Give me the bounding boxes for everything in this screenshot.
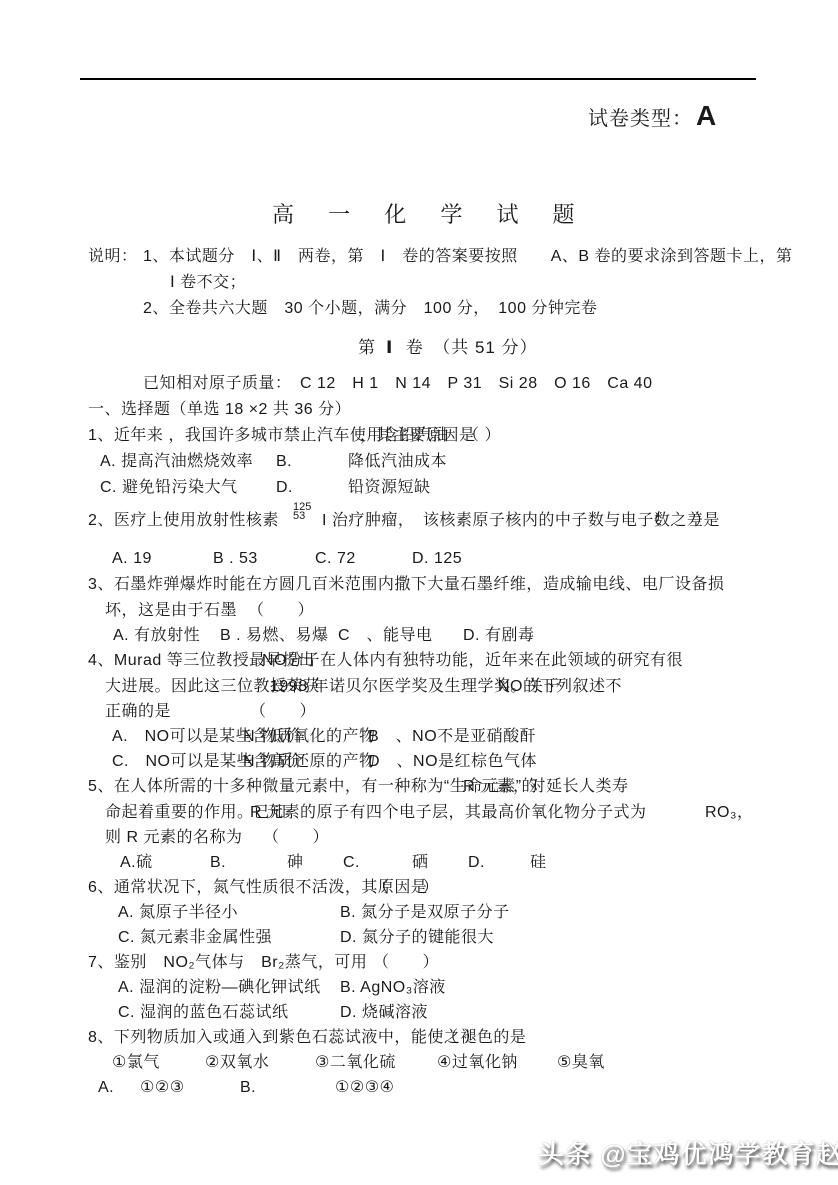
- q1-stem-seg1: ，其主要原因是: [360, 426, 476, 446]
- q6-stem-seg1: （ ）: [373, 878, 439, 898]
- q5-stem-line3-seg0: 则 R 元素的名称为: [105, 828, 242, 848]
- q2-options-row1-seg1: B . 53: [213, 549, 258, 569]
- q5-options-row1-seg0: A.硫: [120, 853, 153, 873]
- q7-stem-seg1: （ ）: [373, 953, 439, 973]
- instructions-label: 说明：: [88, 247, 138, 267]
- q1-options-row1-seg1: B.: [276, 452, 292, 472]
- section-1-heading-seg0: 第: [358, 337, 382, 358]
- q8-items-seg1: ②双氧水: [205, 1053, 269, 1073]
- q1-options-row2-seg1: D.: [276, 478, 293, 498]
- q5-stem-line1-seg1: R 元素，对延长人类寿: [463, 777, 629, 797]
- q4-stem-line2-seg2: NO的下列叙述不: [498, 677, 622, 697]
- q3-options-row1-seg0: A. 有放射性: [113, 626, 200, 646]
- section-1-heading-seg2: 卷 （共 51 分）: [400, 337, 538, 358]
- q5-options-row1-seg5: D.: [468, 853, 485, 873]
- q3-options-row1-seg1: B . 易燃、易爆: [220, 626, 329, 646]
- q2-stem-seg0: 2、医疗上使用放射性核素: [88, 511, 279, 531]
- q5-options-row1-seg3: C.: [343, 853, 360, 873]
- q6-options-row1-seg0: A. 氮原子半径小: [118, 903, 238, 923]
- q6-options-row1-seg1: B. 氮分子是双原子分子: [340, 903, 510, 923]
- q3-options-row1-seg2: C 、能导电: [338, 626, 433, 646]
- q5-options-row1-seg6: 硅: [530, 853, 547, 873]
- paper-type-seg1: A: [696, 98, 717, 133]
- q8-items-seg0: ①氯气: [112, 1053, 160, 1073]
- q2-stem-seg3: （ ）: [645, 511, 711, 531]
- q4-stem-line3-seg1: （ ）: [250, 702, 316, 722]
- exam-title: 高 一 化 学 试 题: [272, 201, 589, 229]
- q7-options-row1-seg0: A. 湿润的淀粉—碘化钾试纸: [118, 978, 321, 998]
- q1-options-row1-seg0: A. 提高汽油燃烧效率: [100, 452, 253, 472]
- q4-options-row1-seg2: B 、NO不是亚硝酸酐: [368, 727, 536, 747]
- q1-options-row2-seg0: C. 避免铅污染大气: [100, 478, 237, 498]
- q8-items-seg3: ④过氧化钠: [437, 1053, 518, 1073]
- q4-options-row2-seg2: D 、NO是红棕色气体: [368, 752, 537, 772]
- q5-options-row1-seg4: 硒: [412, 853, 429, 873]
- q4-options-row1-seg1: N 物质氧化的产物: [243, 727, 376, 747]
- q3-stem-line2-seg1: （ ）: [248, 601, 314, 621]
- q5-stem-line3-seg1: （ ）: [263, 828, 329, 848]
- q7-stem-seg0: 7、鉴别 NO₂气体与 Br₂蒸气，可用: [88, 953, 367, 973]
- q2-options-row1-seg2: C. 72: [315, 549, 356, 569]
- part-1-title: 一、选择题（单选 18 ×2 共 36 分）: [88, 400, 351, 420]
- q3-stem-line1: 3、石墨炸弹爆炸时能在方圆几百米范围内撒下大量石墨纤维，造成输电线、电厂设备损: [88, 575, 724, 595]
- q2-stem-seg1: 12553: [293, 503, 311, 521]
- q8-items-seg4: ⑤臭氧: [557, 1053, 605, 1073]
- q2-options-row1-seg3: D. 125: [412, 549, 462, 569]
- q5-stem-line2-seg1: R 元素的原子有四个电子层，其最高价氧化物分子式为: [250, 803, 647, 823]
- q3-stem-line2-seg0: 坏，这是由于石墨: [105, 601, 237, 621]
- q2-options-row1-seg0: A. 19: [112, 549, 152, 569]
- q8-options-row1-seg0: A.: [98, 1078, 114, 1098]
- exam-page: 试卷类型：A高 一 化 学 试 题说明：1、本试题分 Ⅰ、Ⅱ 两卷，第 Ⅰ 卷的…: [0, 0, 838, 1185]
- q2-stem-frac-denominator: 53: [293, 512, 305, 521]
- q8-stem-seg1: （ ）: [442, 1028, 480, 1048]
- q4-stem-line3-seg0: 正确的是: [105, 702, 171, 722]
- q5-stem-line2-seg2: RO₃，: [705, 803, 754, 823]
- top-rule: [80, 78, 756, 80]
- q6-options-row2-seg1: D. 氮分子的键能很大: [340, 928, 494, 948]
- q8-options-row1-seg3: ①②③④: [335, 1078, 394, 1098]
- q7-options-row2-seg1: D. 烧碱溶液: [340, 1003, 428, 1023]
- q4-stem-line1-seg1: NO分子在人体内有独特功能，近年来在此领域的研究有很: [262, 651, 683, 671]
- q1-stem-seg2: （ ）: [463, 426, 501, 446]
- q6-options-row2-seg0: C. 氮元素非金属性强: [118, 928, 272, 948]
- q7-options-row1-seg1: B. AgNO₃溶液: [340, 978, 446, 998]
- q8-options-row1-seg2: B.: [240, 1078, 256, 1098]
- instruction-2: 2、全卷共六大题 30 个小题，满分 100 分， 100 分钟完卷: [143, 299, 597, 319]
- instruction-1-line2: Ⅰ 卷不交；: [170, 273, 246, 293]
- q3-options-row1-seg3: D. 有剧毒: [463, 626, 534, 646]
- q8-items-seg2: ③二氧化硫: [315, 1053, 396, 1073]
- q1-options-row1-seg2: 降低汽油成本: [348, 452, 447, 472]
- paper-type-seg0: 试卷类型：: [588, 107, 693, 132]
- instruction-1-line1: 1、本试题分 Ⅰ、Ⅱ 两卷，第 Ⅰ 卷的答案要按照 A、B 卷的要求涂到答题卡上…: [143, 247, 793, 267]
- watermark: 头条 @宝鸡优鸿学教育赵老师: [538, 1138, 838, 1171]
- section-1-heading-seg1: Ⅰ: [386, 337, 393, 358]
- q1-options-row2-seg2: 铅资源短缺: [348, 478, 431, 498]
- q5-options-row1-seg2: 砷: [287, 853, 304, 873]
- atomic-mass-note: 已知相对原子质量： C 12 H 1 N 14 P 31 Si 28 O 16 …: [143, 374, 652, 394]
- q5-options-row1-seg1: B.: [210, 853, 226, 873]
- q7-options-row2-seg0: C. 湿润的蓝色石蕊试纸: [118, 1003, 288, 1023]
- q8-options-row1-seg1: ①②③: [140, 1078, 185, 1098]
- q4-options-row2-seg1: N 物质还原的产物: [243, 752, 376, 772]
